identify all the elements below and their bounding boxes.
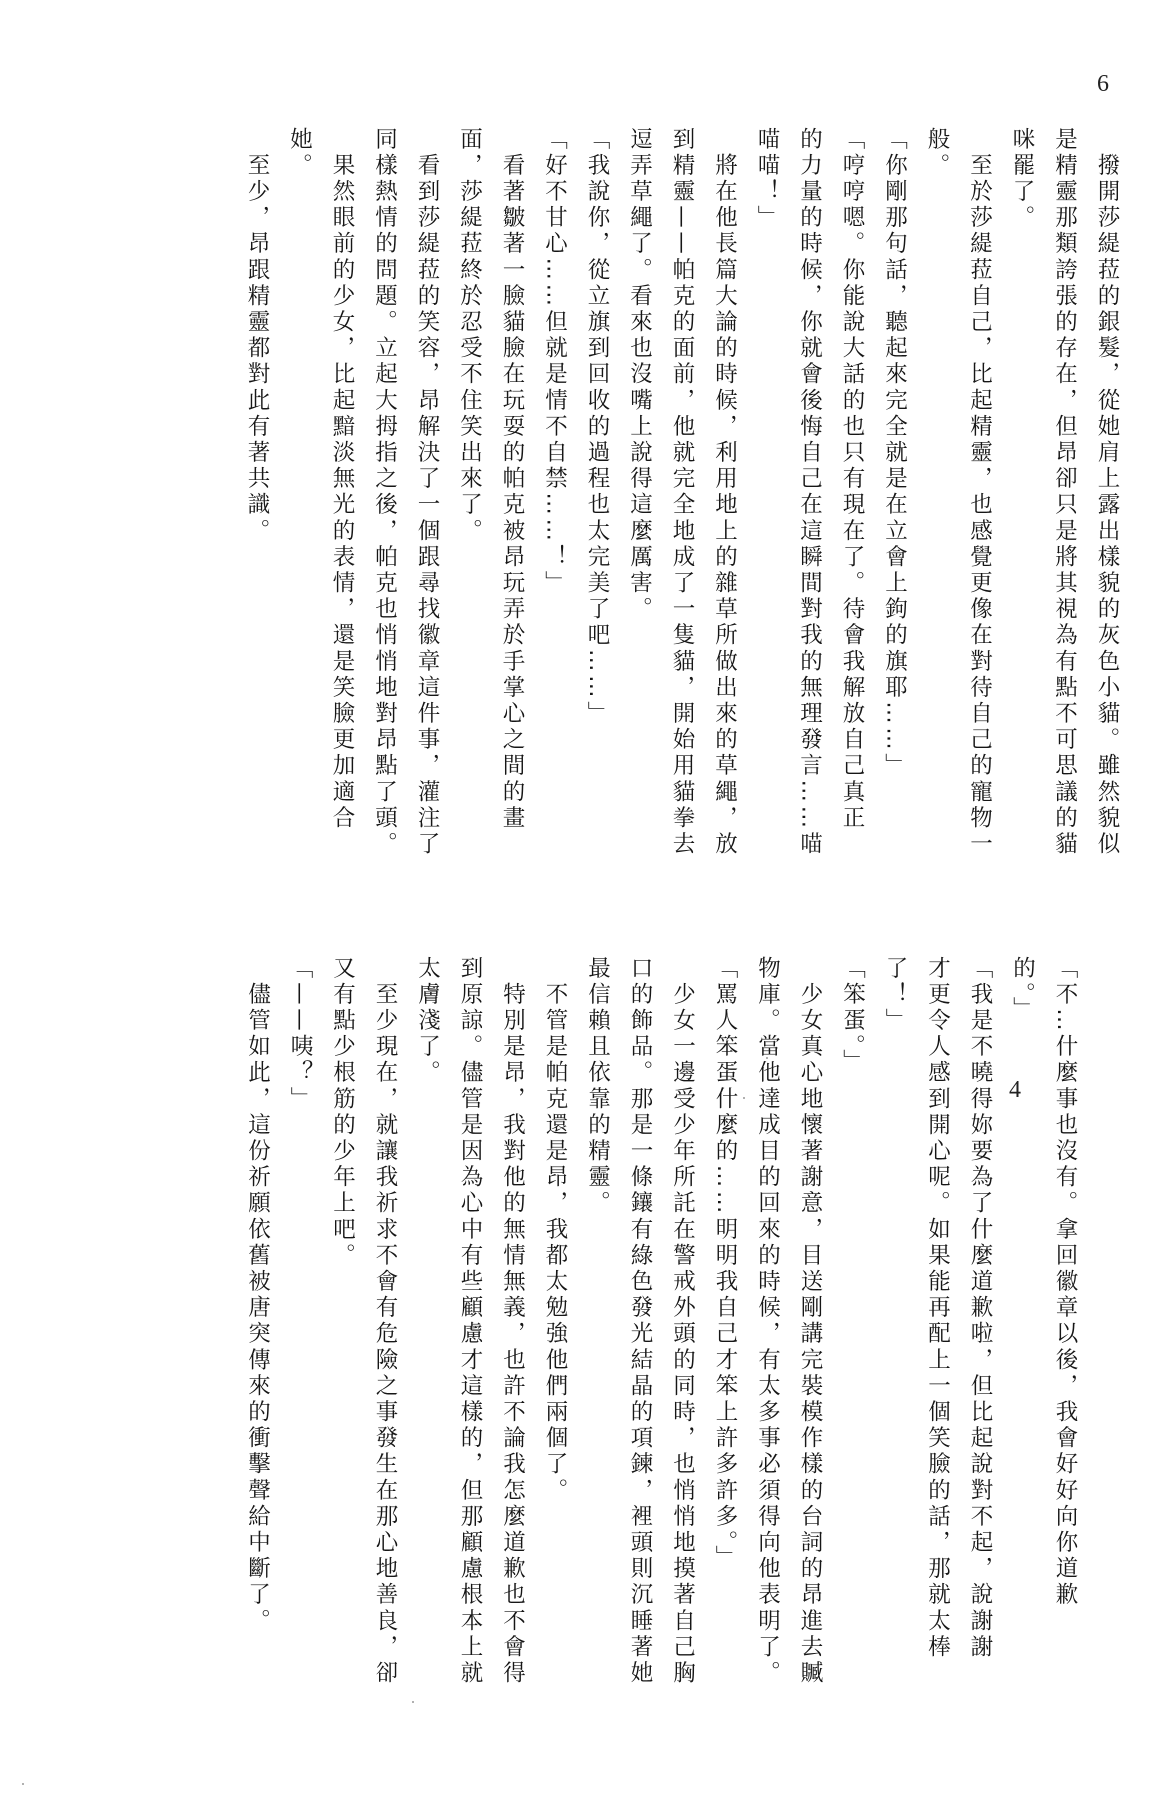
text-line: 儘管如此，這份祈願依舊被唐突傳來的衝擊聲給中斷了。 <box>236 956 279 1776</box>
text-line: 「笨蛋。」 <box>831 956 874 1776</box>
scan-speck <box>766 1057 768 1059</box>
text-line: 同樣熱情的問題。立起大拇指之後，帕克也悄悄地對昂點了頭。 <box>363 127 406 907</box>
text-line: 「不…什麼事也沒有。拿回徽章以後，我會好好向你道歉 <box>1044 956 1087 1776</box>
text-line: 「好不甘心……但就是情不自禁……！」 <box>533 127 576 907</box>
text-line: 逗弄草繩了。看來也沒嘴上說得這麼厲害。 <box>618 127 661 907</box>
text-line: 了！」 <box>874 956 917 1776</box>
text-line: 「我是不曉得妳要為了什麼道歉啦，但比起說對不起，說謝謝 <box>959 956 1002 1776</box>
text-line: 般。 <box>916 127 959 907</box>
text-line: 「我說你，從立旗到回收的過程也太完美了吧……」 <box>576 127 619 907</box>
text-line: 「——咦？」 <box>279 956 322 1776</box>
text-line: 撥開莎緹菈的銀髮，從她肩上露出樣貌的灰色小貓。雖然貌似 <box>1086 127 1129 907</box>
text-line: 看到莎緹菈的笑容，昂解決了一個跟尋找徽章這件事，灌注了 <box>406 127 449 907</box>
text-line: 面，莎緹菈終於忍受不住笑出來了。 <box>448 127 491 907</box>
text-line: 少女真心地懷著謝意，目送剛講完裝模作樣的台詞的昂進去贓 <box>789 956 832 1776</box>
text-line: 至少現在，就讓我祈求不會有危險之事發生在那心地善良，卻 <box>364 956 407 1776</box>
scan-speck <box>743 1097 745 1099</box>
text-line: 咪罷了。 <box>1001 127 1044 907</box>
text-line: 口的飾品。那是一條鑲有綠色發光結晶的項鍊，裡頭則沉睡著她 <box>619 956 662 1776</box>
text-line: 少女一邊受少年所託在警戒外頭的同時，也悄悄地摸著自己胸 <box>661 956 704 1776</box>
text-line: 最信賴且依靠的精靈。 <box>576 956 619 1776</box>
page-number-top: 6 <box>1097 72 1109 96</box>
text-line: 到原諒。儘管是因為心中有些顧慮才這樣的，但那顧慮根本上就 <box>449 956 492 1776</box>
text-line: 「你剛那句話，聽起來完全就是在立會上鉤的旗耶……」 <box>873 127 916 907</box>
scan-speck <box>412 1701 414 1703</box>
text-line: 特別是昂，我對他的無情無義，也許不論我怎麼道歉也不會得 <box>491 956 534 1776</box>
text-line: 不管是帕克還是昂，我都太勉強他們兩個了。 <box>534 956 577 1776</box>
text-line: 「罵人笨蛋什麼的……明明我自己才笨上許多許多。」 <box>704 956 747 1776</box>
text-line: 「哼哼嗯。你能說大話的也只有現在了。待會我解放自己真正 <box>831 127 874 907</box>
text-line: 至於莎緹菈自己，比起精靈，也感覺更像在對待自己的寵物一 <box>958 127 1001 907</box>
text-line: 物庫。當他達成目的回來的時候，有太多事必須得向他表明了。 <box>746 956 789 1776</box>
text-section-bottom: 「不…什麼事也沒有。拿回徽章以後，我會好好向你道歉 的。」 「我是不曉得妳要為了… <box>236 956 1086 1776</box>
text-line: 將在他長篇大論的時候，利用地上的雜草所做出來的草繩，放 <box>703 127 746 907</box>
text-line: 才更令人感到開心呢。如果能再配上一個笑臉的話，那就太棒 <box>916 956 959 1776</box>
scan-speck <box>22 1783 24 1785</box>
text-line: 的力量的時候，你就會後悔自己在這瞬間對我的無理發言……喵 <box>788 127 831 907</box>
text-line: 是精靈那類誇張的存在，但昂卻只是將其視為有點不可思議的貓 <box>1043 127 1086 907</box>
text-line: 果然眼前的少女，比起黯淡無光的表情，還是笑臉更加適合 <box>321 127 364 907</box>
text-line: 至少，昂跟精靈都對此有著共識。 <box>236 127 279 907</box>
text-line: 到精靈——帕克的面前，他就完全地成了一隻貓，開始用貓拳去 <box>661 127 704 907</box>
text-line: 的。」 <box>1001 956 1044 1776</box>
text-line: 看著皺著一臉貓臉在玩耍的帕克被昂玩弄於手掌心之間的畫 <box>491 127 534 907</box>
text-section-top: 撥開莎緹菈的銀髮，從她肩上露出樣貌的灰色小貓。雖然貌似 是精靈那類誇張的存在，但… <box>236 127 1129 907</box>
text-line: 喵喵！」 <box>746 127 789 907</box>
text-line: 又有點少根筋的少年上吧。 <box>321 956 364 1776</box>
text-line: 她。 <box>278 127 321 907</box>
text-line: 太膚淺了。 <box>406 956 449 1776</box>
